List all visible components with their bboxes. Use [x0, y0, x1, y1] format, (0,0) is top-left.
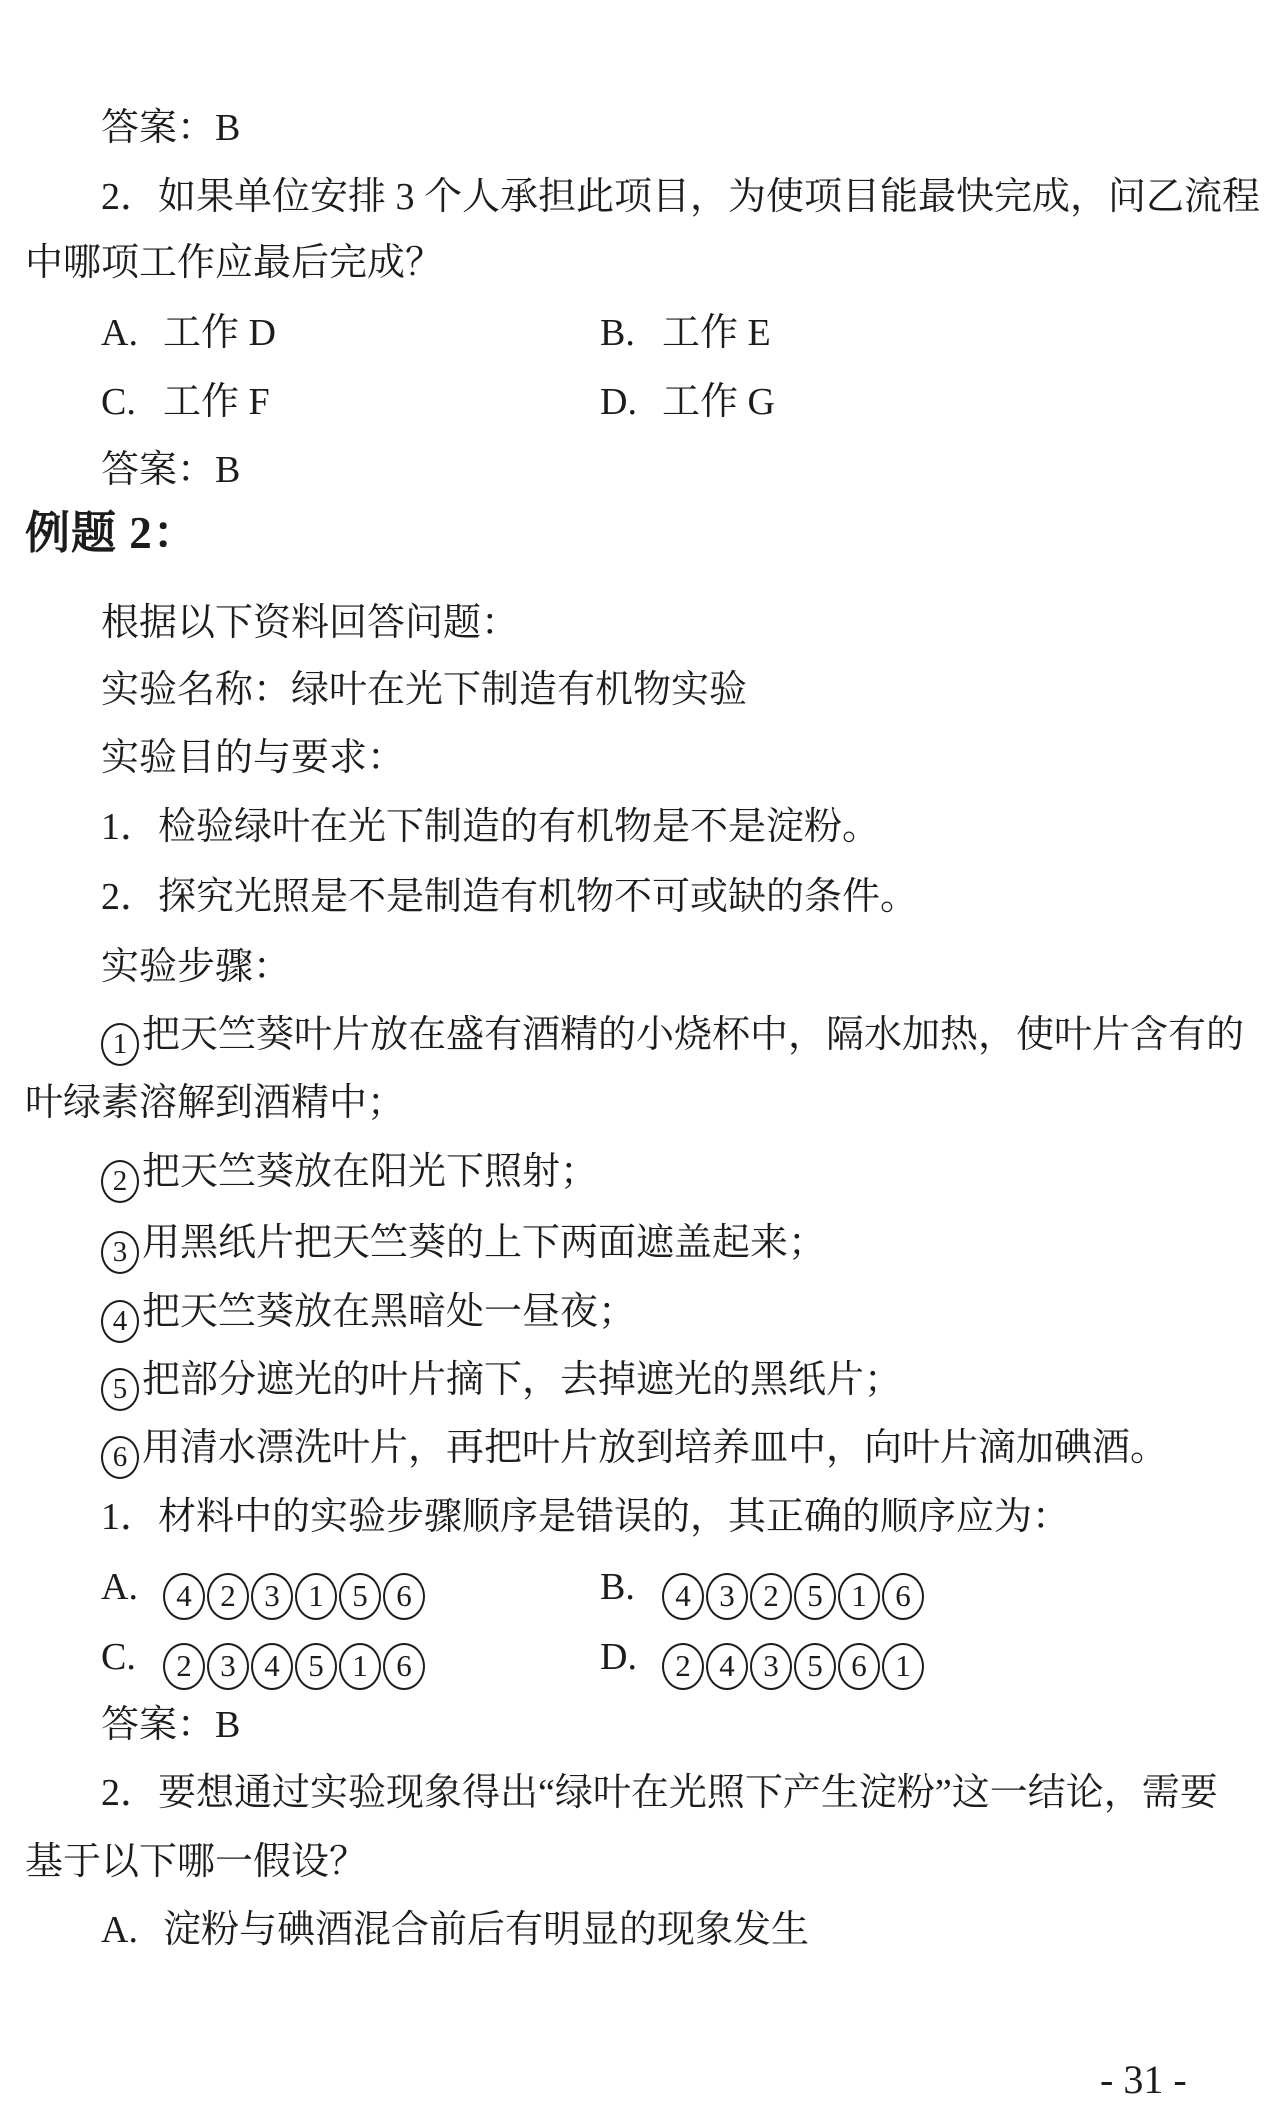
circled-digit: 2: [750, 1573, 792, 1620]
circled-digit: 3: [706, 1573, 748, 1620]
circled-digit: 5: [101, 1368, 139, 1411]
step-text: 用清水漂洗叶片，再把叶片放到培养皿中，向叶片滴加碘酒。: [142, 1427, 1168, 1469]
purpose-title: 实验目的与要求：: [25, 724, 1260, 792]
circled-digit: 6: [838, 1643, 880, 1690]
option: C.工作 F: [101, 368, 270, 436]
option: A.工作 D: [101, 299, 276, 367]
option-text: 淀粉与碘酒混合前后有明显的现象发生: [163, 1909, 809, 1951]
options-row: C.234516 D.243561: [25, 1623, 1260, 1691]
question-stem: 2．要想通过实验现象得出“绿叶在光照下产生淀粉”这一结论，需要: [25, 1759, 1260, 1827]
question-stem: 2．如果单位安排 3 个人承担此项目，为使项目能最快完成，问乙流程: [25, 163, 1260, 231]
circled-digit: 1: [101, 1023, 139, 1066]
circled-digit: 1: [295, 1573, 337, 1620]
option-text: 工作 D: [163, 312, 276, 354]
option-text: 工作 E: [662, 312, 771, 354]
option-text: 工作 F: [163, 381, 270, 423]
document-page: 答案：B 2．如果单位安排 3 个人承担此项目，为使项目能最快完成，问乙流程 中…: [0, 0, 1280, 2114]
option-label: A.: [101, 1896, 163, 1964]
circled-digit: 1: [339, 1643, 381, 1690]
circled-digit: 2: [207, 1573, 249, 1620]
option: C.234516: [101, 1623, 427, 1691]
step-text: 把部分遮光的叶片摘下，去掉遮光的黑纸片；: [142, 1359, 902, 1401]
answer-line: 答案：B: [25, 1691, 1260, 1759]
step-line: 3用黑纸片把天竺葵的上下两面遮盖起来；: [25, 1209, 1260, 1277]
step-line-continuation: 叶绿素溶解到酒精中；: [25, 1069, 1260, 1137]
options-row: C.工作 F D.工作 G: [25, 368, 1260, 436]
circled-digit: 6: [383, 1643, 425, 1690]
step-text: 用黑纸片把天竺葵的上下两面遮盖起来；: [142, 1222, 826, 1264]
circled-digit: 4: [163, 1573, 205, 1620]
step-text: 把天竺葵放在黑暗处一昼夜；: [142, 1291, 636, 1333]
option: A.淀粉与碘酒混合前后有明显的现象发生: [25, 1896, 1260, 1964]
circled-digit: 3: [251, 1573, 293, 1620]
step-text: 把天竺葵叶片放在盛有酒精的小烧杯中，隔水加热，使叶片含有的: [142, 1014, 1244, 1056]
circled-digit: 2: [662, 1643, 704, 1690]
option-text: 工作 G: [662, 381, 775, 423]
question-stem-continuation: 基于以下哪一假设？: [25, 1828, 1260, 1896]
circled-digit: 4: [662, 1573, 704, 1620]
question-stem-continuation: 中哪项工作应最后完成？: [25, 229, 1260, 297]
option: B.432516: [600, 1553, 926, 1621]
options-row: A.工作 D B.工作 E: [25, 299, 1260, 367]
step-line: 5把部分遮光的叶片摘下，去掉遮光的黑纸片；: [25, 1346, 1260, 1414]
circled-digit: 2: [101, 1160, 139, 1203]
option-label: B.: [600, 1553, 662, 1621]
circled-digit: 4: [101, 1300, 139, 1343]
step-line: 2把天竺葵放在阳光下照射；: [25, 1138, 1260, 1206]
circled-digit: 4: [706, 1643, 748, 1690]
circled-digit: 1: [838, 1573, 880, 1620]
circled-digit: 3: [101, 1231, 139, 1274]
purpose-item: 1．检验绿叶在光下制造的有机物是不是淀粉。: [25, 793, 1260, 861]
option-label: D.: [600, 1623, 662, 1691]
step-line: 1把天竺葵叶片放在盛有酒精的小烧杯中，隔水加热，使叶片含有的: [25, 1001, 1260, 1069]
experiment-name-line: 实验名称：绿叶在光下制造有机物实验: [25, 656, 1260, 724]
option: A.423156: [101, 1553, 427, 1621]
page-number: - 31 -: [1100, 2046, 1187, 2114]
circled-digit: 5: [295, 1643, 337, 1690]
circled-digit: 6: [383, 1573, 425, 1620]
step-text: 把天竺葵放在阳光下照射；: [142, 1151, 598, 1193]
circled-digit: 5: [794, 1573, 836, 1620]
circled-digit: 1: [882, 1643, 924, 1690]
steps-title: 实验步骤：: [25, 933, 1260, 1001]
circled-digit: 4: [251, 1643, 293, 1690]
step-line: 4把天竺葵放在黑暗处一昼夜；: [25, 1278, 1260, 1346]
option: B.工作 E: [600, 299, 771, 367]
question-stem: 1．材料中的实验步骤顺序是错误的，其正确的顺序应为：: [25, 1483, 1260, 1551]
circled-digit: 2: [163, 1643, 205, 1690]
intro-line: 根据以下资料回答问题：: [25, 589, 1260, 657]
option-label: B.: [600, 299, 662, 367]
option-label: C.: [101, 1623, 163, 1691]
answer-line: 答案：B: [25, 436, 1260, 504]
option-label: C.: [101, 368, 163, 436]
option-label: A.: [101, 299, 163, 367]
circled-digit: 5: [794, 1643, 836, 1690]
circled-digit: 3: [207, 1643, 249, 1690]
option-label: A.: [101, 1553, 163, 1621]
option-label: D.: [600, 368, 662, 436]
option: D.工作 G: [600, 368, 775, 436]
section-heading: 例题 2：: [25, 499, 1260, 567]
circled-digit: 5: [339, 1573, 381, 1620]
answer-line: 答案：B: [25, 94, 1260, 162]
circled-digit: 6: [101, 1436, 139, 1479]
circled-digit: 6: [882, 1573, 924, 1620]
option: D.243561: [600, 1623, 926, 1691]
options-row: A.423156 B.432516: [25, 1553, 1260, 1621]
circled-digit: 3: [750, 1643, 792, 1690]
purpose-item: 2．探究光照是不是制造有机物不可或缺的条件。: [25, 863, 1260, 931]
step-line: 6用清水漂洗叶片，再把叶片放到培养皿中，向叶片滴加碘酒。: [25, 1414, 1260, 1482]
